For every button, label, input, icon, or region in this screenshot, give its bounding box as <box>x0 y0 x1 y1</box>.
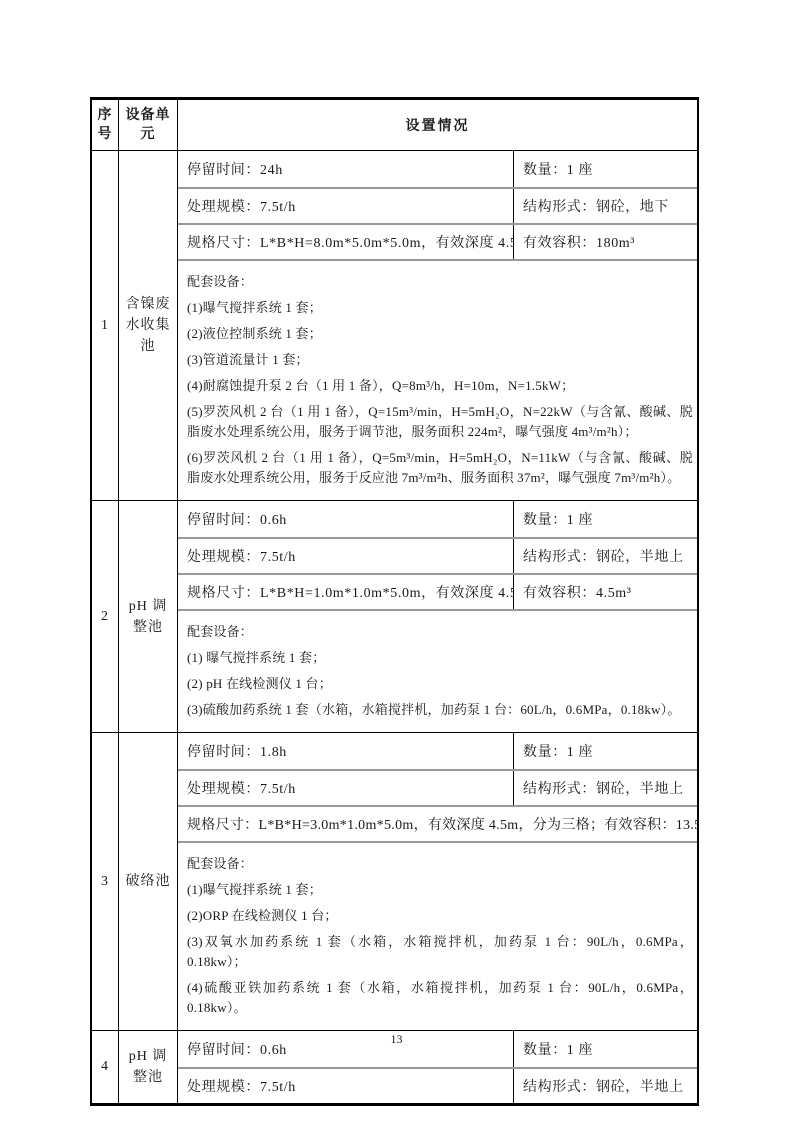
dimensions: 规格尺寸：L*B*H=8.0m*5.0m*5.0m，有效深度 4.5m <box>178 225 514 259</box>
table-header-row: 序号 设备单元 设置情况 <box>92 100 697 150</box>
structure-type: 结构形式：钢砼，地下 <box>514 189 697 223</box>
equipment-line: (2)ORP 在线检测仪 1 台； <box>187 906 693 926</box>
row-3-no: 3 <box>92 733 119 1030</box>
row-3-equipment-list: 配套设备： (1)曝气搅拌系统 1 套； (2)ORP 在线检测仪 1 台； (… <box>178 841 697 1030</box>
header-col-setup: 设置情况 <box>178 100 697 150</box>
header-col-unit: 设备单元 <box>119 100 178 150</box>
equipment-line: (4)硫酸亚铁加药系统 1 套（水箱，水箱搅拌机，加药泵 1 台：90L/h，0… <box>187 978 693 1018</box>
equipment-line: (2) pH 在线检测仪 1 台； <box>187 674 693 694</box>
row-1-pair-3: 规格尺寸：L*B*H=8.0m*5.0m*5.0m，有效深度 4.5m 有效容积… <box>178 223 697 259</box>
row-1-no: 1 <box>92 151 119 500</box>
document-page: 序号 设备单元 设置情况 1 含镍废水收集池 停留时间：24h 数量：1 座 处… <box>0 0 793 1122</box>
row-2-pair-3: 规格尺寸：L*B*H=1.0m*1.0m*5.0m，有效深度 4.5m 有效容积… <box>178 573 697 609</box>
structure-type: 结构形式：钢砼，半地上 <box>514 771 697 805</box>
row-2-pair-1: 停留时间：0.6h 数量：1 座 <box>178 501 697 537</box>
page-number: 13 <box>0 1032 793 1047</box>
equipment-line: 配套设备： <box>187 622 693 642</box>
quantity: 数量：1 座 <box>514 733 697 769</box>
quantity: 数量：1 座 <box>514 501 697 537</box>
quantity: 数量：1 座 <box>514 151 697 187</box>
row-4-pair-2: 处理规模：7.5t/h 结构形式：钢砼，半地上 <box>178 1067 697 1103</box>
equipment-line: 配套设备： <box>187 272 693 292</box>
row-1-equipment-list: 配套设备： (1)曝气搅拌系统 1 套； (2)液位控制系统 1 套； (3)管… <box>178 259 697 500</box>
row-2-setup: 停留时间：0.6h 数量：1 座 处理规模：7.5t/h 结构形式：钢砼，半地上… <box>178 501 697 732</box>
row-1-unit: 含镍废水收集池 <box>119 151 178 500</box>
dimensions-full-row: 规格尺寸：L*B*H=3.0m*1.0m*5.0m，有效深度 4.5m，分为三格… <box>178 805 697 841</box>
row-3-unit: 破络池 <box>119 733 178 1030</box>
effective-volume: 有效容积：180m³ <box>514 225 697 259</box>
equipment-line: (5)罗茨风机 2 台（1 用 1 备），Q=15m³/min，H=5mH₂O，… <box>187 402 693 442</box>
equipment-line: (2)液位控制系统 1 套； <box>187 324 693 344</box>
treatment-scale: 处理规模：7.5t/h <box>178 1069 514 1103</box>
structure-type: 结构形式：钢砼，半地上 <box>514 1069 697 1103</box>
equipment-line: (3)硫酸加药系统 1 套（水箱，水箱搅拌机，加药泵 1 台：60L/h，0.6… <box>187 700 693 720</box>
row-3-pair-2: 处理规模：7.5t/h 结构形式：钢砼，半地上 <box>178 769 697 805</box>
equipment-line: 配套设备： <box>187 854 693 874</box>
row-2-no: 2 <box>92 501 119 732</box>
equipment-line: (1) 曝气搅拌系统 1 套； <box>187 648 693 668</box>
equipment-line: (1)曝气搅拌系统 1 套； <box>187 298 693 318</box>
equipment-line: (6)罗茨风机 2 台（1 用 1 备），Q=5m³/min，H=5mH₂O，N… <box>187 448 693 488</box>
equipment-line: (1)曝气搅拌系统 1 套； <box>187 880 693 900</box>
effective-volume: 有效容积：4.5m³ <box>514 575 697 609</box>
table-row-3: 3 破络池 停留时间：1.8h 数量：1 座 处理规模：7.5t/h 结构形式：… <box>92 732 697 1030</box>
equipment-line: (3)管道流量计 1 套； <box>187 350 693 370</box>
row-2-unit: pH 调整池 <box>119 501 178 732</box>
table-row-1: 1 含镍废水收集池 停留时间：24h 数量：1 座 处理规模：7.5t/h 结构… <box>92 150 697 500</box>
retention-time: 停留时间：24h <box>178 151 514 187</box>
equipment-line: (4)耐腐蚀提升泵 2 台（1 用 1 备），Q=8m³/h，H=10m，N=1… <box>187 376 693 396</box>
table-row-2: 2 pH 调整池 停留时间：0.6h 数量：1 座 处理规模：7.5t/h 结构… <box>92 500 697 732</box>
equipment-line: (3)双氧水加药系统 1 套（水箱，水箱搅拌机，加药泵 1 台：90L/h，0.… <box>187 932 693 972</box>
row-1-pair-2: 处理规模：7.5t/h 结构形式：钢砼，地下 <box>178 187 697 223</box>
dimensions: 规格尺寸：L*B*H=1.0m*1.0m*5.0m，有效深度 4.5m <box>178 575 514 609</box>
row-1-setup: 停留时间：24h 数量：1 座 处理规模：7.5t/h 结构形式：钢砼，地下 规… <box>178 151 697 500</box>
equipment-setup-table: 序号 设备单元 设置情况 1 含镍废水收集池 停留时间：24h 数量：1 座 处… <box>90 97 699 1106</box>
treatment-scale: 处理规模：7.5t/h <box>178 539 514 573</box>
treatment-scale: 处理规模：7.5t/h <box>178 189 514 223</box>
row-3-pair-1: 停留时间：1.8h 数量：1 座 <box>178 733 697 769</box>
header-col-setup-wrap: 设置情况 <box>178 100 697 150</box>
row-3-setup: 停留时间：1.8h 数量：1 座 处理规模：7.5t/h 结构形式：钢砼，半地上… <box>178 733 697 1030</box>
row-2-pair-2: 处理规模：7.5t/h 结构形式：钢砼，半地上 <box>178 537 697 573</box>
header-col-no: 序号 <box>92 100 119 150</box>
retention-time: 停留时间：1.8h <box>178 733 514 769</box>
row-1-pair-1: 停留时间：24h 数量：1 座 <box>178 151 697 187</box>
treatment-scale: 处理规模：7.5t/h <box>178 771 514 805</box>
row-2-equipment-list: 配套设备： (1) 曝气搅拌系统 1 套； (2) pH 在线检测仪 1 台； … <box>178 609 697 732</box>
retention-time: 停留时间：0.6h <box>178 501 514 537</box>
structure-type: 结构形式：钢砼，半地上 <box>514 539 697 573</box>
